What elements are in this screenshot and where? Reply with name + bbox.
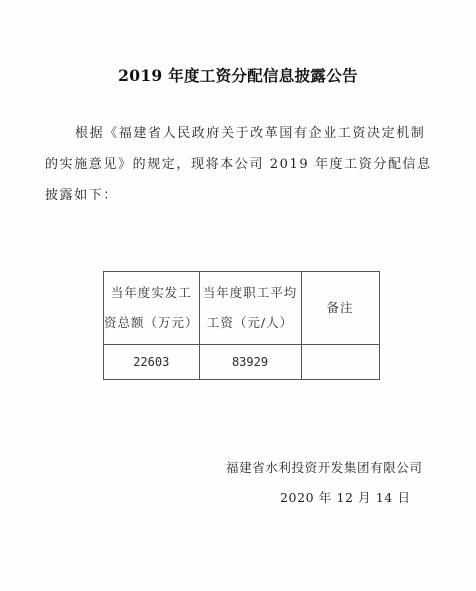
header-average-wage-line-1: 当年度职工平均 [200, 278, 301, 308]
header-total-wages-line-2: 资总额（万元） [104, 308, 199, 338]
header-total-wages: 当年度实发工 资总额（万元） [104, 272, 200, 345]
header-remarks-label: 备注 [302, 293, 379, 323]
intro-line-3: 披露如下： [45, 180, 435, 211]
company-signature: 福建省水利投资开发集团有限公司 [226, 458, 423, 476]
header-total-wages-line-1: 当年度实发工 [104, 278, 199, 308]
signature-date: 2020 年 12 月 14 日 [280, 488, 411, 506]
intro-paragraph: 根据《福建省人民政府关于改革国有企业工资决定机制 的实施意见》的规定，现将本公司… [45, 118, 435, 211]
intro-line-2: 的实施意见》的规定，现将本公司 2019 年度工资分配信息 [45, 149, 435, 180]
document-title: 2019 年度工资分配信息披露公告 [0, 64, 476, 86]
header-average-wage: 当年度职工平均 工资（元/人） [199, 272, 301, 345]
header-remarks: 备注 [301, 272, 379, 345]
table-row: 22603 83929 [104, 345, 380, 380]
cell-average-wage: 83929 [199, 345, 301, 380]
table-header-row: 当年度实发工 资总额（万元） 当年度职工平均 工资（元/人） 备注 [104, 272, 380, 345]
cell-remarks [301, 345, 379, 380]
wage-disclosure-table: 当年度实发工 资总额（万元） 当年度职工平均 工资（元/人） 备注 22603 … [103, 271, 380, 380]
document-page: 2019 年度工资分配信息披露公告 根据《福建省人民政府关于改革国有企业工资决定… [0, 0, 476, 591]
intro-line-1: 根据《福建省人民政府关于改革国有企业工资决定机制 [45, 118, 435, 149]
header-average-wage-line-2: 工资（元/人） [200, 308, 301, 338]
cell-total-wages: 22603 [104, 345, 200, 380]
